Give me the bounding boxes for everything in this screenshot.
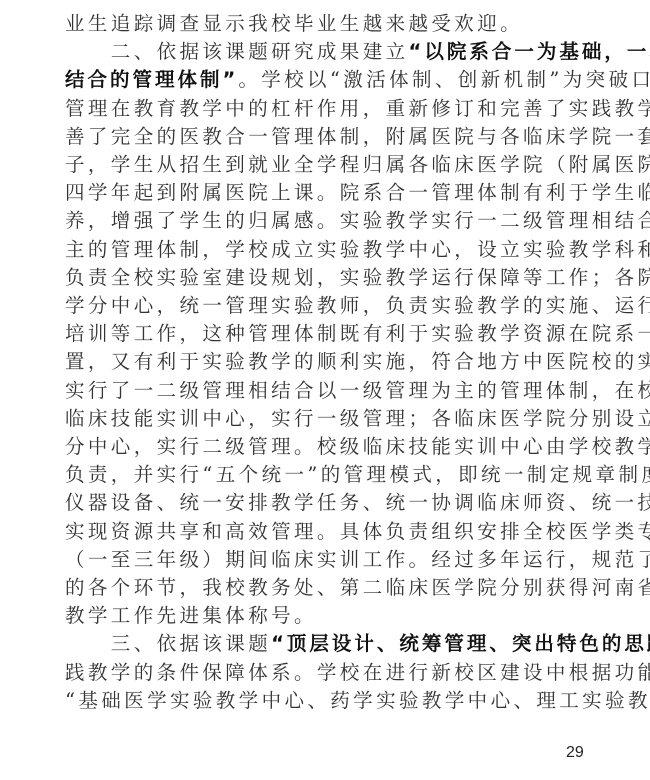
text-segment: “基础医学实验教学中心、药学实验教学中心、理工实验教学中心、临床: [65, 689, 650, 712]
text-segment: 实现资源共享和高效管理。具体负责组织安排全校医学类专业在校本部: [65, 520, 650, 543]
text-segment: 培训等工作，这种管理体制既有利于实验教学资源在院系一级的有效配: [65, 322, 650, 345]
text-segment: 临床技能实训中心，实行一级管理；各临床医学院分别设立临床技能实训: [65, 407, 650, 430]
text-segment: 三、依据该课题: [65, 632, 271, 655]
text-segment: 的各个环节，我校教务处、第二临床医学院分别获得河南省高等学校教育: [65, 576, 650, 599]
text-segment: 仪器设备、统一安排教学任务、统一协调临床师资、统一技能考试标准，: [65, 491, 650, 514]
text-segment: 管理在教育教学中的杠杆作用，重新修订和完善了实践教学管理体系。完: [65, 97, 650, 120]
text-segment: 负责，并实行“五个统一”的管理模式，即统一制定规章制度、统一管理: [65, 463, 650, 486]
page-number: 29: [566, 744, 584, 762]
text-segment: 分中心，实行二级管理。校级临床技能实训中心由学校教学实验中心总体: [65, 435, 650, 458]
text-segment: 践教学的条件保障体系。学校在进行新校区建设中根据功能划分设立了: [65, 661, 650, 684]
text-segment: 业生追踪调查显示我校毕业生越来越受欢迎。: [65, 12, 523, 35]
text-segment: 教学工作先进集体称号。: [65, 604, 317, 627]
text-segment: 置，又有利于实验教学的顺利实施，符合地方中医院校的实际。实训教学: [65, 350, 650, 373]
text-segment: 。学校以“激活体制、创新机制”为突破口，充分发挥: [238, 68, 650, 91]
text-segment: 子，学生从招生到就业全学程归属各临床医学院（附属医院）管理，从第: [65, 153, 650, 176]
bold-text-segment: “顶层设计、统筹管理、突出特色的思路”: [271, 632, 650, 655]
text-segment: （一至三年级）期间临床实训工作。经过多年运行，规范了实践教学管理: [65, 548, 650, 571]
text-segment: 养，增强了学生的归属感。实验教学实行一二级管理相结合以二级管理为: [65, 209, 650, 232]
document-page: 业生追踪调查显示我校毕业生越来越受欢迎。 二、依据该课题研究成果建立“以院系合一…: [0, 0, 650, 780]
text-segment: 二、依据该课题研究成果建立: [65, 40, 409, 63]
text-segment: 善了完全的医教合一管理体制，附属医院与各临床学院一套人员，两张牌: [65, 125, 650, 148]
bold-text-segment: 结合的管理体制”: [65, 68, 238, 91]
text-segment: 学分中心，统一管理实验教师，负责实验教学的实施、运行、管理及师资: [65, 294, 650, 317]
text-segment: 负责全校实验室建设规划，实验教学运行保障等工作；各院系成立实验教: [65, 266, 650, 289]
text-segment: 实行了一二级管理相结合以一级管理为主的管理体制，在校本部组建校级: [65, 379, 650, 402]
text-segment: 主的管理体制，学校成立实验教学中心，设立实验教学科和物资供应科，: [65, 238, 650, 261]
bold-text-segment: “以院系合一为基础，一、二级管理相: [409, 40, 650, 63]
text-line: “基础医学实验教学中心、药学实验教学中心、理工实验教学中心、临床: [65, 684, 575, 718]
text-segment: 四学年起到附属医院上课。院系合一管理体制有利于学生临床能力的培: [65, 181, 650, 204]
